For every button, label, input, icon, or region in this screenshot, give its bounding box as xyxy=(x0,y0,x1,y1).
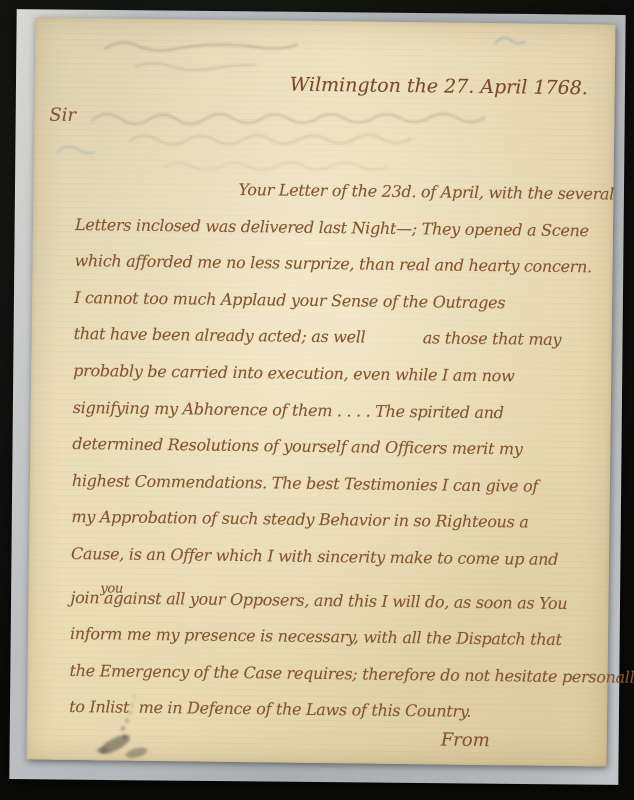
manuscript-line: Your Letter of the 23d. of April, with t… xyxy=(238,179,614,206)
manuscript-line: determined Resolutions of yourself and O… xyxy=(72,433,522,460)
manuscript-line: joinyouˆ against all your Opposers, and … xyxy=(70,587,567,615)
manuscript-line: probably be carried into execution, even… xyxy=(73,360,514,387)
manuscript-line: Letters inclosed was delivered last Nigh… xyxy=(75,214,589,242)
manuscript-line: to Inlist me in Defence of the Laws of t… xyxy=(69,696,471,723)
line-text: against all your Opposers, and this I wi… xyxy=(99,588,567,613)
manuscript-line: the Emergency of the Case requires; ther… xyxy=(69,660,634,689)
manuscript-line: signifying my Abhorence of them . . . . … xyxy=(73,397,504,424)
catchword: From xyxy=(441,729,490,751)
manuscript-line: which afforded me no less surprize, than… xyxy=(74,250,592,278)
manuscript-line: inform me my presence is necessary, with… xyxy=(70,623,562,651)
manuscript-line: highest Commendations. The best Testimon… xyxy=(72,470,538,498)
letter-page: Wilmington the 27. April 1768. Sir Your … xyxy=(26,17,615,766)
manuscript-line: that have been already acted; as well as… xyxy=(74,323,562,351)
line-text: join xyxy=(70,588,99,607)
letter-body: Your Letter of the 23d. of April, with t… xyxy=(26,17,615,766)
manuscript-line: Cause, is an Offer which I with sincerit… xyxy=(71,543,558,571)
manuscript-line: my Approbation of such steady Behavior i… xyxy=(71,506,528,534)
caret-mark: ˆ xyxy=(101,596,107,618)
photo-background: Wilmington the 27. April 1768. Sir Your … xyxy=(0,0,634,800)
manuscript-line: I cannot too much Applaud your Sense of … xyxy=(74,287,505,314)
